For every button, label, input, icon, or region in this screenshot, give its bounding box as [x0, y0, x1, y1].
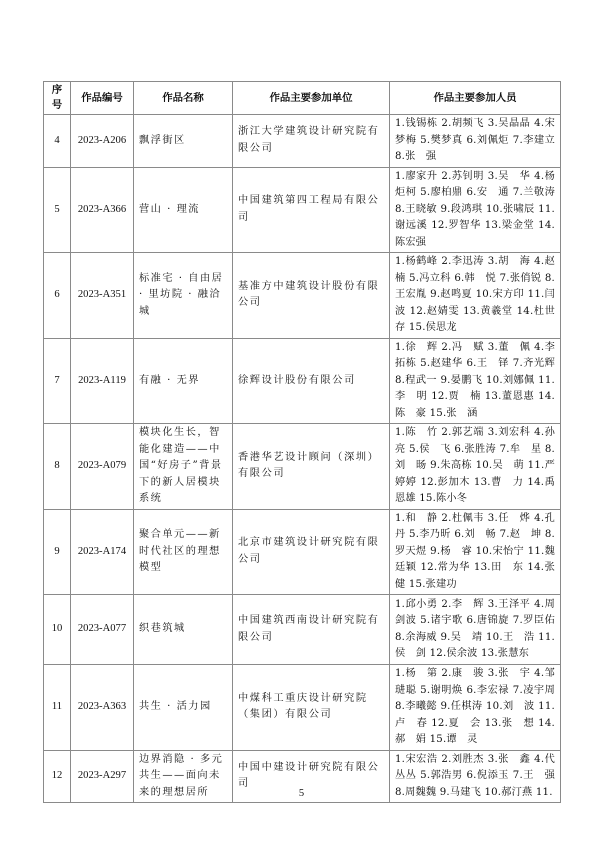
participating-unit-cell: 中国建筑西南设计研究院有限公司	[233, 595, 390, 665]
work-id-cell: 2023-A206	[71, 115, 134, 168]
work-id-cell: 2023-A079	[71, 424, 134, 510]
participants-cell: 1.钱锡栋 2.胡频飞 3.吴晶晶 4.宋梦梅 5.樊梦真 6.刘佩炬 7.李建…	[390, 115, 561, 168]
serial-number-cell: 8	[44, 424, 71, 510]
serial-number-cell: 5	[44, 167, 71, 253]
work-name-cell: 聚合单元——新时代社区的理想模型	[134, 509, 233, 595]
work-id-cell: 2023-A174	[71, 509, 134, 595]
header-work-id: 作品编号	[71, 82, 134, 115]
participating-unit-cell: 徐辉设计股份有限公司	[233, 338, 390, 424]
table-row: 72023-A119有融 · 无界徐辉设计股份有限公司1.徐 辉 2.冯 赋 3…	[44, 338, 561, 424]
table-row: 102023-A077织巷筑城中国建筑西南设计研究院有限公司1.邱小勇 2.李 …	[44, 595, 561, 665]
participants-cell: 1.陈 竹 2.郭艺端 3.刘宏科 4.孙亮 5.侯 飞 6.张胜涛 7.牟 星…	[390, 424, 561, 510]
table-row: 92023-A174聚合单元——新时代社区的理想模型北京市建筑设计研究院有限公司…	[44, 509, 561, 595]
work-name-cell: 营山 · 理流	[134, 167, 233, 253]
serial-number-cell: 9	[44, 509, 71, 595]
header-participants: 作品主要参加人员	[390, 82, 561, 115]
award-list-table: 序号 作品编号 作品名称 作品主要参加单位 作品主要参加人员 42023-A20…	[43, 81, 561, 803]
participants-cell: 1.和 静 2.杜佩韦 3.任 烨 4.孔丹 5.李乃昕 6.刘 畅 7.赵 坤…	[390, 509, 561, 595]
serial-number-cell: 4	[44, 115, 71, 168]
participants-cell: 1.廖家升 2.苏钊明 3.吴 华 4.杨炬柯 5.廖柏鼎 6.安 通 7.兰敬…	[390, 167, 561, 253]
participating-unit-cell: 中国建筑第四工程局有限公司	[233, 167, 390, 253]
table-row: 52023-A366营山 · 理流中国建筑第四工程局有限公司1.廖家升 2.苏钊…	[44, 167, 561, 253]
table-row: 62023-A351标准宅 · 自由居 · 里坊院 · 融洽城基准方中建筑设计股…	[44, 253, 561, 339]
work-name-cell: 飘浮街区	[134, 115, 233, 168]
serial-number-cell: 6	[44, 253, 71, 339]
header-serial-number: 序号	[44, 82, 71, 115]
work-id-cell: 2023-A351	[71, 253, 134, 339]
work-name-cell: 有融 · 无界	[134, 338, 233, 424]
participating-unit-cell: 北京市建筑设计研究院有限公司	[233, 509, 390, 595]
work-name-cell: 模块化生长，智能化建造——中国“好房子”背景下的新人居模块系统	[134, 424, 233, 510]
table-row: 42023-A206飘浮街区浙江大学建筑设计研究院有限公司1.钱锡栋 2.胡频飞…	[44, 115, 561, 168]
participating-unit-cell: 香港华艺设计顾问（深圳）有限公司	[233, 424, 390, 510]
participating-unit-cell: 浙江大学建筑设计研究院有限公司	[233, 115, 390, 168]
work-id-cell: 2023-A366	[71, 167, 134, 253]
work-id-cell: 2023-A363	[71, 665, 134, 751]
work-id-cell: 2023-A119	[71, 338, 134, 424]
participants-cell: 1.杨鹤峰 2.李迅涛 3.胡 海 4.赵楠 5.冯立科 6.韩 悦 7.张俏锐…	[390, 253, 561, 339]
participants-cell: 1.杨 第 2.康 骏 3.张 宇 4.邹琎聪 5.谢明焕 6.李宏禄 7.凌宇…	[390, 665, 561, 751]
table-body: 42023-A206飘浮街区浙江大学建筑设计研究院有限公司1.钱锡栋 2.胡频飞…	[44, 115, 561, 803]
serial-number-cell: 7	[44, 338, 71, 424]
table-header-row: 序号 作品编号 作品名称 作品主要参加单位 作品主要参加人员	[44, 82, 561, 115]
participating-unit-cell: 基准方中建筑设计股份有限公司	[233, 253, 390, 339]
table-row: 82023-A079模块化生长，智能化建造——中国“好房子”背景下的新人居模块系…	[44, 424, 561, 510]
serial-number-cell: 10	[44, 595, 71, 665]
work-id-cell: 2023-A077	[71, 595, 134, 665]
table-row: 112023-A363共生 · 活力园中煤科工重庆设计研究院（集团）有限公司1.…	[44, 665, 561, 751]
work-name-cell: 标准宅 · 自由居 · 里坊院 · 融洽城	[134, 253, 233, 339]
header-participating-unit: 作品主要参加单位	[233, 82, 390, 115]
participants-cell: 1.邱小勇 2.李 辉 3.王泽平 4.周剑波 5.诸宇歌 6.唐锦旋 7.罗臣…	[390, 595, 561, 665]
work-name-cell: 织巷筑城	[134, 595, 233, 665]
participants-cell: 1.徐 辉 2.冯 赋 3.董 佩 4.李拓栋 5.赵建华 6.王 铎 7.齐光…	[390, 338, 561, 424]
participating-unit-cell: 中煤科工重庆设计研究院（集团）有限公司	[233, 665, 390, 751]
work-name-cell: 共生 · 活力园	[134, 665, 233, 751]
header-work-name: 作品名称	[134, 82, 233, 115]
serial-number-cell: 11	[44, 665, 71, 751]
page-number: 5	[0, 788, 603, 799]
